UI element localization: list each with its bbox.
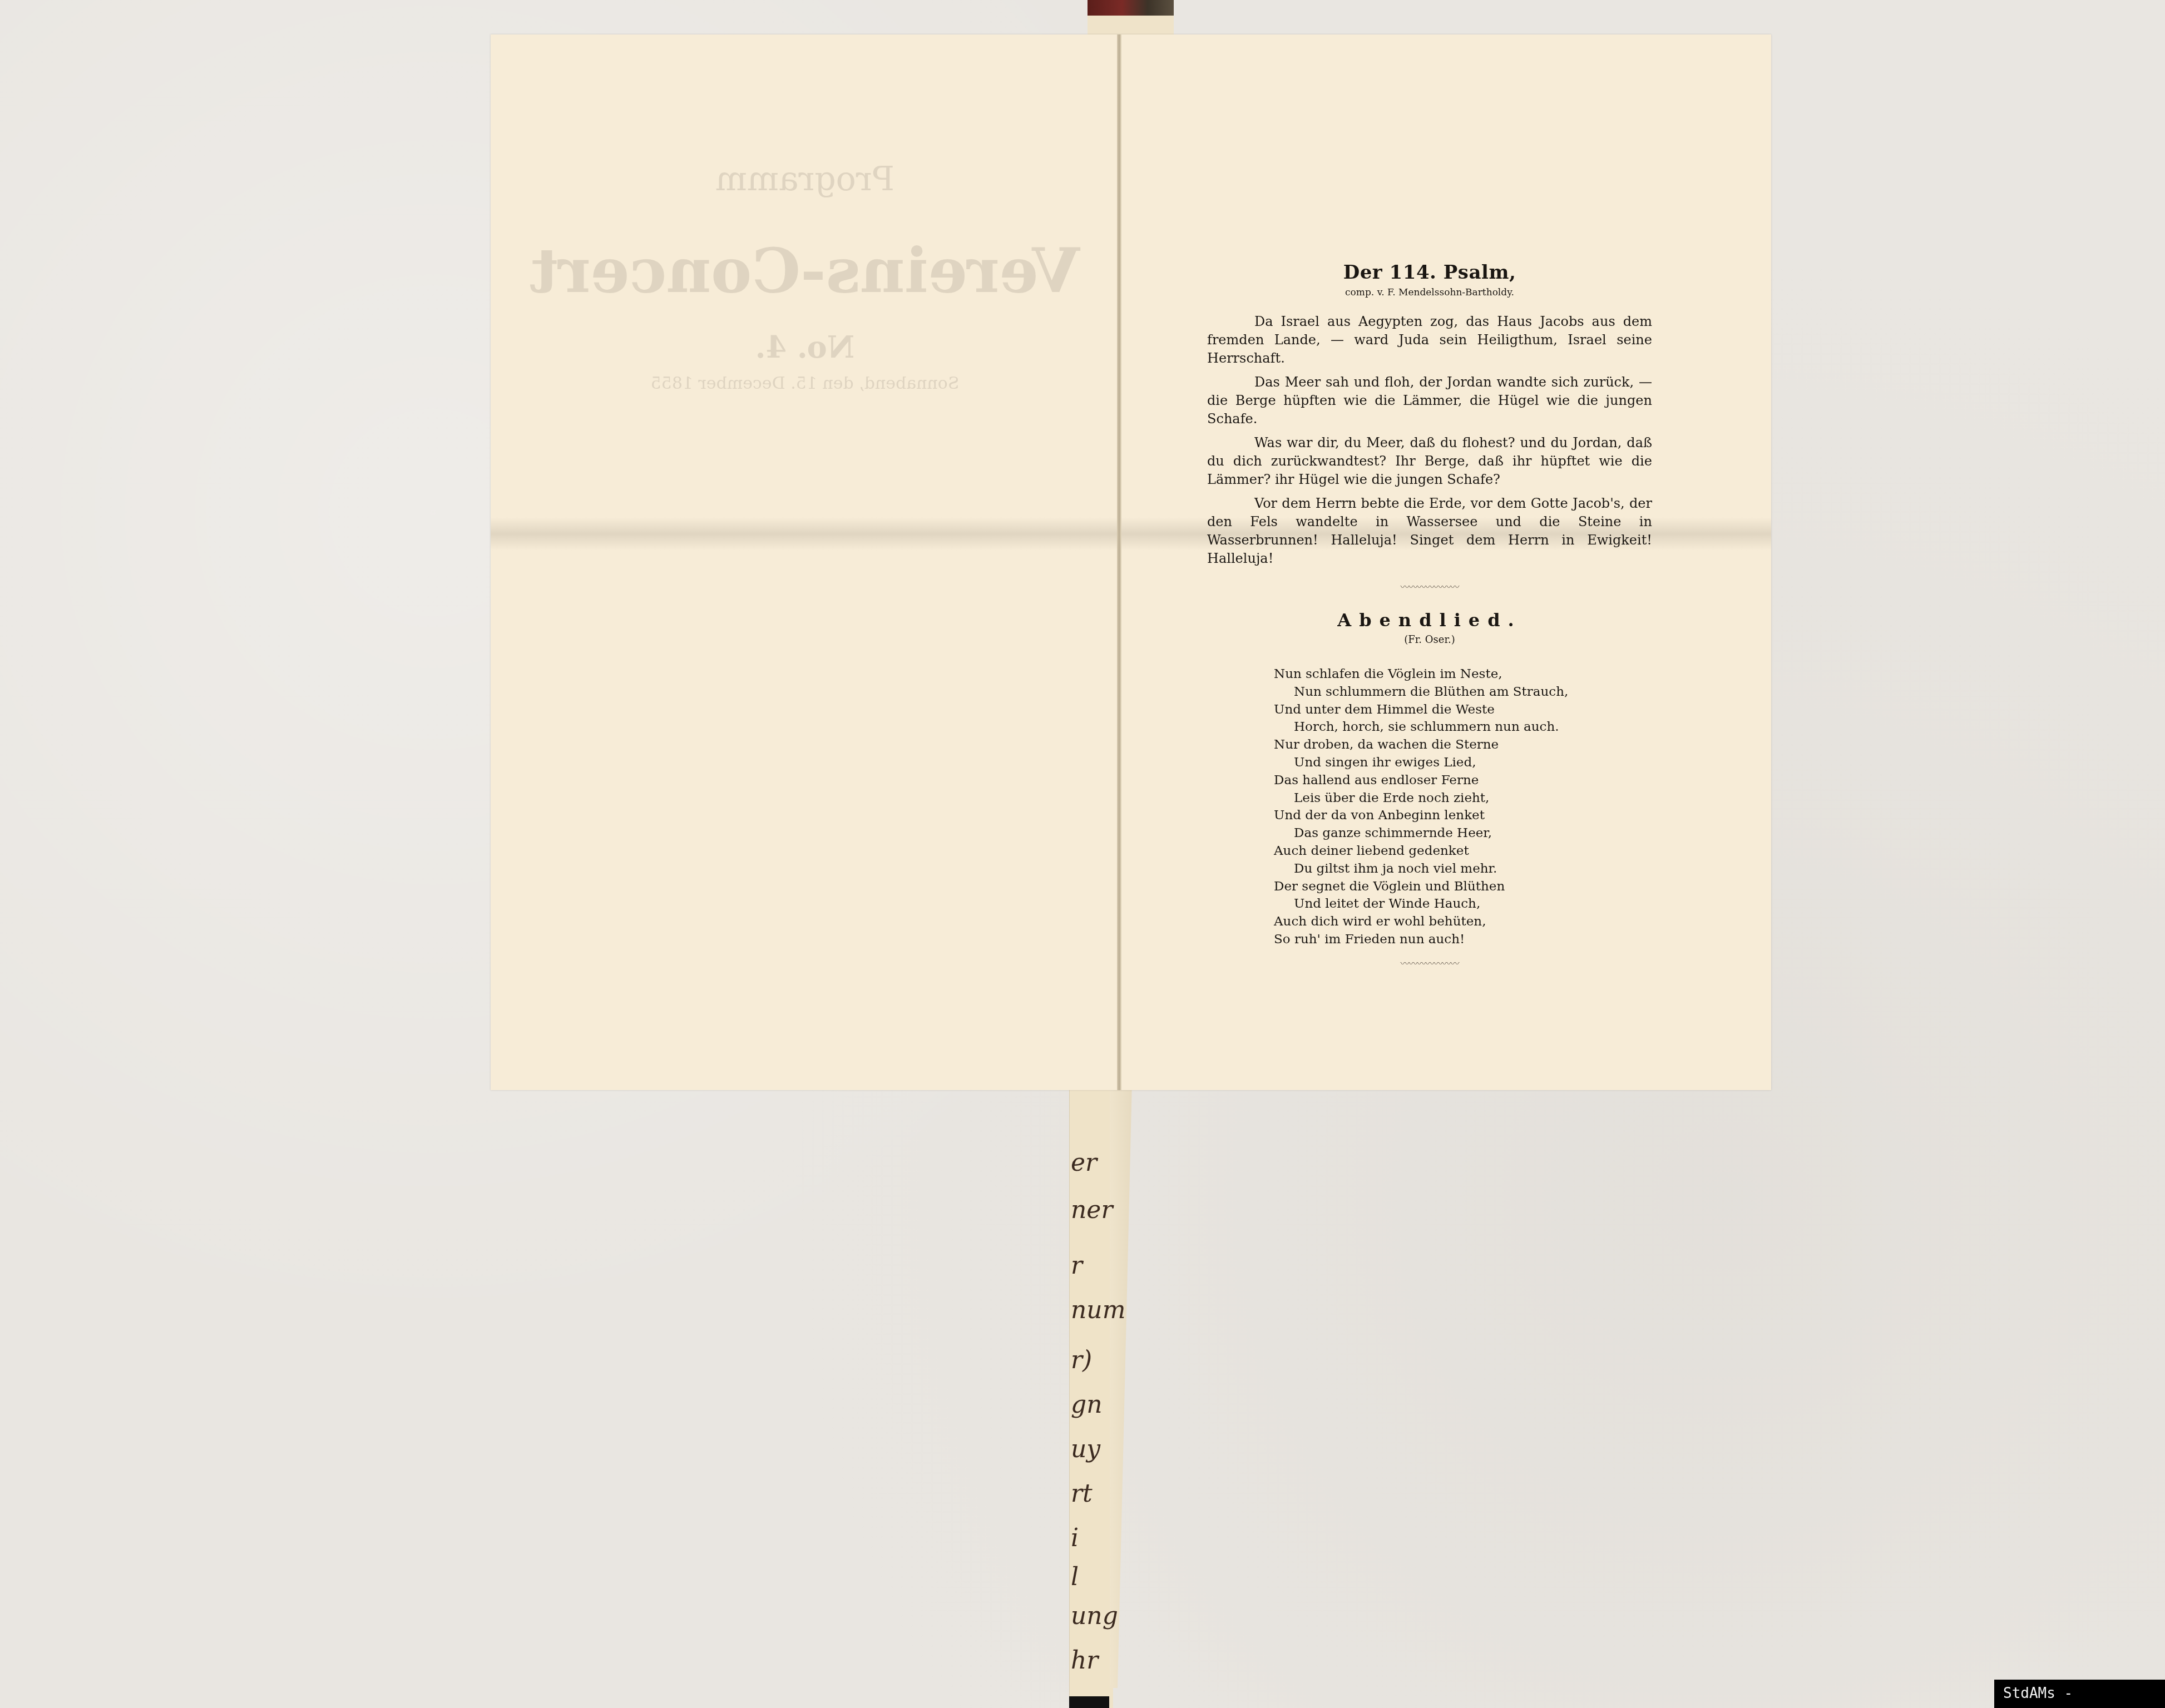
poem-line: Und der da von Anbeginn lenket: [1274, 807, 1652, 825]
show-through-heading: Programm: [491, 160, 1119, 199]
handwriting-fragment: r: [1071, 1251, 1082, 1280]
psalm-composer: comp. v. F. Mendelssohn-Bartholdy.: [1207, 287, 1652, 298]
handwriting-fragment: l: [1071, 1563, 1079, 1591]
handwriting-fragment: hr: [1071, 1646, 1098, 1675]
poem-line: Und unter dem Himmel die Weste: [1274, 701, 1652, 719]
poem-line: Du giltst ihm ja noch viel mehr.: [1274, 860, 1652, 878]
archive-label: StdAMs - MV_003_272: [1994, 1680, 2165, 1708]
poem-line: Auch dich wird er wohl behüten,: [1274, 913, 1652, 931]
handwriting-fragment: uy: [1071, 1435, 1100, 1463]
show-through-number: No. 4.: [491, 329, 1119, 365]
handwriting-fragment: rt: [1071, 1479, 1093, 1508]
left-page: Programm Vereins-Concert No. 4. Sonnaben…: [491, 34, 1119, 1090]
psalm-verse: Was war dir, du Meer, daß du flohest? un…: [1207, 434, 1652, 489]
poem-line: Horch, horch, sie schlummern nun auch.: [1274, 719, 1652, 736]
wavy-separator: 〰〰〰〰〰〰〰: [1207, 580, 1652, 593]
poem-line: Das ganze schimmernde Heer,: [1274, 825, 1652, 843]
handwriting-fragment: er: [1071, 1148, 1097, 1177]
poem-line: Und singen ihr ewiges Lied,: [1274, 754, 1652, 772]
poem-line: Das hallend aus endloser Ferne: [1274, 772, 1652, 790]
fold-crease-left: [491, 517, 1119, 551]
handwriting-fragment: ner: [1071, 1196, 1113, 1224]
show-through-title: Vereins-Concert: [491, 235, 1119, 306]
right-page-content: Der 114. Psalm, comp. v. F. Mendelssohn-…: [1207, 261, 1652, 986]
abendlied-poem: Nun schlafen die Vöglein im Neste, Nun s…: [1274, 666, 1652, 949]
poem-line: Nun schlummern die Blüthen am Strauch,: [1274, 684, 1652, 701]
poem-line: Nur droben, da wachen die Sterne: [1274, 736, 1652, 754]
end-wavy-separator: 〰〰〰〰〰〰〰: [1207, 957, 1652, 969]
handwriting-fragment: r): [1071, 1346, 1092, 1374]
poem-line: Auch deiner liebend gedenket: [1274, 843, 1652, 860]
poem-line: Der segnet die Vöglein und Blüthen: [1274, 878, 1652, 896]
handwriting-fragment: gn: [1071, 1390, 1103, 1419]
poem-line: Leis über die Erde noch zieht,: [1274, 790, 1652, 808]
handwriting-fragment: num: [1071, 1296, 1125, 1324]
handwriting-fragment: ung: [1071, 1602, 1118, 1630]
strip-shadow: [1069, 1696, 1109, 1708]
poem-line: Nun schlafen die Vöglein im Neste,: [1274, 666, 1652, 684]
abendlied-title: Abendlied.: [1207, 610, 1652, 631]
top-binding-strip: [1088, 0, 1174, 17]
psalm-title: Der 114. Psalm,: [1207, 261, 1652, 284]
psalm-verse: Da Israel aus Aegypten zog, das Haus Jac…: [1207, 313, 1652, 368]
abendlied-composer: (Fr. Oser.): [1207, 634, 1652, 646]
show-through-date: Sonnabend, den 15. December 1855: [491, 374, 1119, 393]
poem-line: So ruh' im Frieden nun auch!: [1274, 931, 1652, 949]
page-gutter: [1117, 34, 1121, 1090]
poem-line: Und leitet der Winde Hauch,: [1274, 895, 1652, 913]
psalm-verse: Vor dem Herrn bebte die Erde, vor dem Go…: [1207, 494, 1652, 568]
handwriting-fragment: i: [1071, 1524, 1079, 1552]
psalm-verse: Das Meer sah und floh, der Jordan wandte…: [1207, 373, 1652, 428]
